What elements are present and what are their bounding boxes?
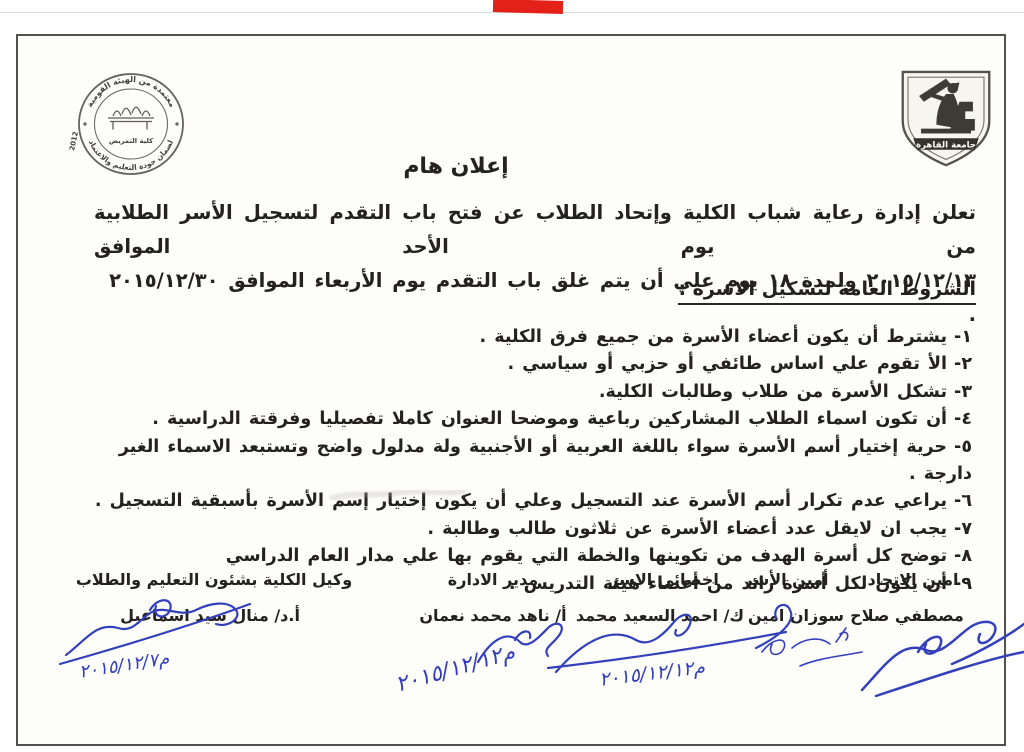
item-number: ٨- — [954, 546, 972, 566]
seal-inner-label: كلية التمريض — [109, 137, 153, 145]
document-page: معتمدة من الهيئة القومية لضمان جودة التع… — [16, 34, 1006, 746]
condition-item: ٥-حرية إختيار أسم الأسرة سواء باللغة الع… — [72, 434, 972, 489]
seal-center-drawing — [108, 107, 154, 129]
item-text: يشترط أن يكون أعضاء الأسرة من جميع فرق ا… — [480, 327, 948, 347]
signature-role-vice-dean: وكيل الكلية بشئون التعليم والطلاب — [76, 570, 352, 589]
item-text: يجب ان لايقل عدد أعضاء الأسرة عن ثلاثون … — [427, 519, 947, 539]
conditions-list: ١-يشترط أن يكون أعضاء الأسرة من جميع فرق… — [72, 324, 972, 598]
condition-item: ٦-يراعي عدم تكرار أسم الأسرة عند التسجيل… — [72, 488, 972, 515]
seal-year: 2012 — [68, 131, 80, 152]
item-text: تشكل الأسرة من طلاب وطالبات الكلية. — [599, 382, 947, 402]
emblem-banner-label: جامعة القاهرة — [916, 140, 976, 150]
item-number: ٤- — [954, 409, 972, 429]
red-tape-mark — [493, 0, 563, 14]
item-number: ٣- — [954, 382, 972, 402]
item-number: ٦- — [954, 491, 972, 511]
signature-role-families-specialist: اخصائي الاسر — [609, 570, 719, 589]
item-text: أن تكون اسماء الطلاب المشاركين رباعية وم… — [152, 409, 947, 429]
signature-role-families-secretary: أمين الأسر — [744, 570, 829, 589]
signature-role-union-secretary: امين الاتحاد — [867, 570, 958, 589]
item-text: يراعي عدم تكرار أسم الأسرة عند التسجيل و… — [95, 491, 947, 511]
signature-name-families-specialist: ك/ احمد السعيد محمد — [576, 606, 744, 625]
seal-arc-top-text: معتمدة من الهيئة القومية — [85, 75, 177, 109]
signature-name-admin-director: أ/ ناهد محمد نعمان — [419, 606, 566, 625]
announcement-title: إعلان هام — [403, 154, 508, 179]
signature-role-admin-director: مدير الادارة — [448, 570, 538, 589]
conditions-heading: الشروط العامة لتشكيل الاسرة : — [678, 278, 976, 305]
condition-item: ٢-الأ تقوم علي اساس طائفي أو حزبي أو سيا… — [72, 351, 972, 378]
announcement-title-row: إعلان هام — [18, 154, 1004, 179]
signature-name-union-secretary: مصطفي صلاح — [850, 606, 964, 625]
item-number: ١- — [954, 327, 972, 347]
item-text: الأ تقوم علي اساس طائفي أو حزبي أو سياسي… — [508, 354, 948, 374]
condition-item: ٣-تشكل الأسرة من طلاب وطالبات الكلية. — [72, 379, 972, 406]
condition-item: ٤-أن تكون اسماء الطلاب المشاركين رباعية … — [72, 406, 972, 433]
item-number: ٧- — [954, 519, 972, 539]
item-number: ٥- — [954, 437, 972, 457]
item-text: حرية إختيار أسم الأسرة سواء باللغة العرب… — [119, 437, 972, 484]
condition-item: ١-يشترط أن يكون أعضاء الأسرة من جميع فرق… — [72, 324, 972, 351]
announcement-body-line1: تعلن إدارة رعاية شباب الكلية وإتحاد الطل… — [94, 196, 976, 264]
signature-name-families-secretary: سوزان امين — [748, 606, 844, 625]
item-number: ٢- — [954, 354, 972, 374]
scanned-announcement: معتمدة من الهيئة القومية لضمان جودة التع… — [0, 0, 1024, 752]
announcement-body: تعلن إدارة رعاية شباب الكلية وإتحاد الطل… — [94, 196, 976, 332]
condition-item: ٧-يجب ان لايقل عدد أعضاء الأسرة عن ثلاثو… — [72, 516, 972, 543]
item-text: توضح كل أسرة الهدف من تكوينها والخطة الت… — [226, 546, 947, 566]
signature-name-vice-dean: أ.د/ منال سيد اسماعيل — [120, 606, 300, 625]
condition-item: ٨-توضح كل أسرة الهدف من تكوينها والخطة ا… — [72, 543, 972, 570]
